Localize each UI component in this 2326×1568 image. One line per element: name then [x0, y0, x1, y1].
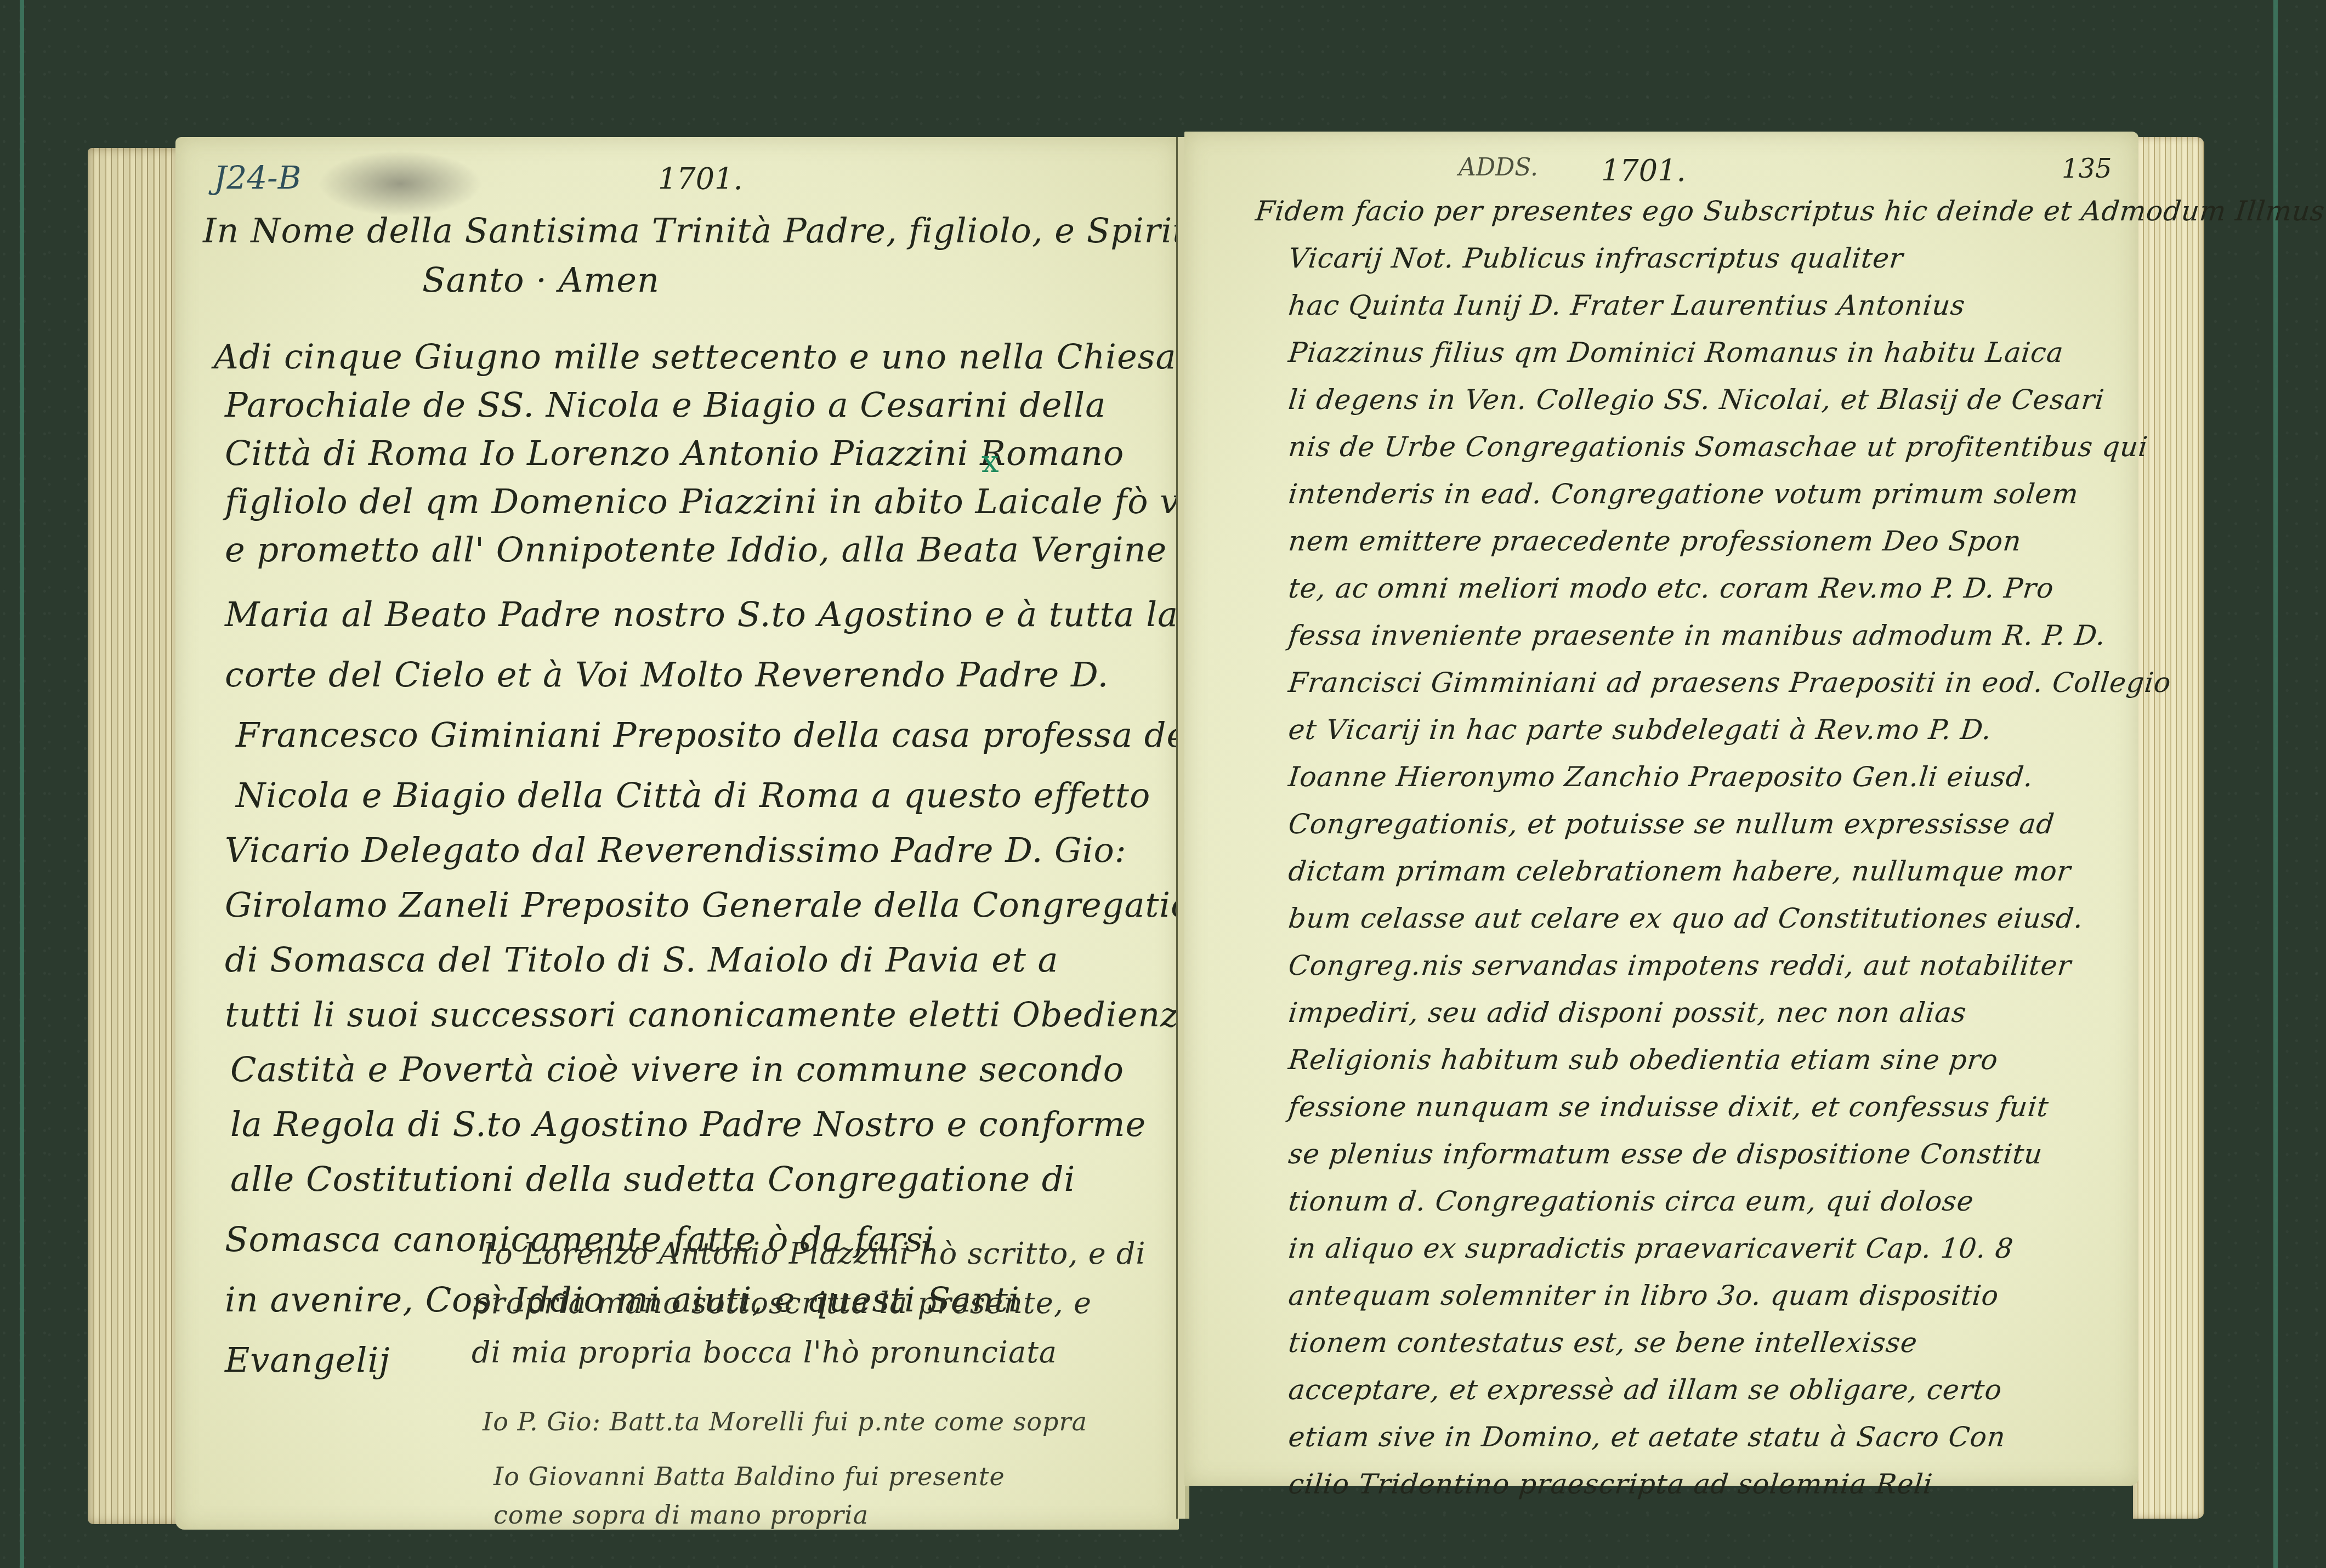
body-line: di Somasca del Titolo di S. Maiolo di Pa… [225, 943, 1059, 977]
attestation-line: etiam sive in Domino, et aetate statu à … [1287, 1423, 2007, 1451]
body-line: la Regola di S.to Agostino Padre Nostro … [230, 1107, 1146, 1141]
attestation-line: tionem contestatus est, se bene intellex… [1287, 1329, 1919, 1356]
body-line: Vicario Delegato dal Reverendissimo Padr… [225, 833, 1127, 867]
body-line: e prometto all' Onnipotente Iddio, alla … [225, 533, 1167, 567]
right-header-prefix: ADDS. [1459, 154, 1538, 181]
body-line: Castità e Povertà cioè vivere in commune… [230, 1053, 1124, 1087]
attestation-line: hac Quinta Iunij D. Frater Laurentius An… [1287, 292, 1966, 319]
folio-number: 135 [2062, 154, 2112, 184]
invocation-line: In Nome della Santisima Trinità Padre, f… [203, 214, 1207, 248]
witness-line: come sopra di mano propria [493, 1502, 869, 1527]
body-line: alle Costitutioni della sudetta Congrega… [230, 1162, 1075, 1196]
right-page: ADDS. 1701. 135 Fidem facio per presente… [1184, 132, 2138, 1486]
year-header-left: 1701. [658, 162, 743, 196]
body-line: corte del Cielo et à Voi Molto Reverendo… [225, 658, 1109, 692]
attestation-line: Religionis habitum sub obedientia etiam … [1287, 1046, 1999, 1073]
attestation-line: Piazzinus filius qm Dominici Romanus in … [1287, 339, 2065, 366]
signature-line: Io Lorenzo Antonio Piazzini hò scritto, … [483, 1239, 1146, 1269]
attestation-line: Congreg.nis servandas impotens reddi, au… [1287, 952, 2073, 979]
attestation-line: antequam solemniter in libro 3o. quam di… [1287, 1282, 2000, 1309]
signature-line: propria mano sottoscritta la presente, e [472, 1288, 1092, 1318]
body-line: Maria al Beato Padre nostro S.to Agostin… [225, 598, 1178, 632]
attestation-line: Vicarij Not. Publicus infrascriptus qual… [1287, 245, 1904, 272]
mount-frame-line-right [2273, 0, 2278, 1568]
body-line: figliolo del qm Domenico Piazzini in abi… [225, 485, 1247, 519]
attestation-line: et Vicarij in hac parte subdelegati à Re… [1287, 716, 1993, 743]
attestation-line: Fidem facio per presentes ego Subscriptu… [1254, 197, 2326, 225]
body-line: tutti li suoi successori canonicamente e… [225, 998, 1200, 1032]
attestation-line: bum celasse aut celare ex quo ad Constit… [1287, 905, 2085, 932]
green-pencil-mark: x [982, 444, 999, 480]
witness-line: Io Giovanni Batta Baldino fui presente [493, 1464, 1005, 1489]
body-line: Evangelij [225, 1343, 390, 1377]
body-line: Parochiale de SS. Nicola e Biagio a Cesa… [225, 388, 1106, 422]
ink-smudge [318, 151, 483, 217]
attestation-line: tionum d. Congregationis circa eum, qui … [1287, 1188, 1975, 1215]
attestation-line: se plenius informatum esse de dispositio… [1287, 1140, 2044, 1168]
attestation-line: Francisci Gimminiani ad praesens Praepos… [1287, 669, 2172, 696]
attestation-line: Ioanne Hieronymo Zanchio Praeposito Gen.… [1287, 763, 2034, 791]
attestation-line: fessione nunquam se induisse dixit, et c… [1287, 1093, 2050, 1121]
left-page: J24-B 1701. In Nome della Santisima Trin… [175, 137, 1179, 1530]
body-line: Girolamo Zaneli Preposito Generale della… [225, 888, 1235, 922]
witness-line: Io P. Gio: Batt.ta Morelli fui p.nte com… [483, 1409, 1087, 1434]
archive-shelfmark: J24-B [214, 159, 301, 196]
signature-line: di mia propria bocca l'hò pronunciata [472, 1338, 1057, 1367]
attestation-line: intenderis in ead. Congregatione votum p… [1287, 480, 2080, 508]
book-page-stack-left [88, 148, 181, 1524]
attestation-line: acceptare, et expressè ad illam se oblig… [1287, 1376, 2003, 1404]
attestation-line: nis de Urbe Congregationis Somaschae ut … [1287, 433, 2149, 461]
attestation-line: li degens in Ven. Collegio SS. Nicolai, … [1287, 386, 2106, 413]
book-page-stack-right [2133, 137, 2204, 1519]
body-line: Francesco Giminiani Preposito della casa… [236, 718, 1256, 752]
attestation-line: fessa inveniente praesente in manibus ad… [1287, 622, 2107, 649]
mount-frame-line-left [20, 0, 24, 1568]
year-header-right: 1701. [1601, 154, 1686, 188]
attestation-line: in aliquo ex supradictis praevaricaverit… [1287, 1235, 2015, 1262]
attestation-line: Congregationis, et potuisse se nullum ex… [1287, 810, 2056, 838]
open-manuscript-book: J24-B 1701. In Nome della Santisima Trin… [82, 132, 2210, 1535]
attestation-line: nem emittere praecedente professionem De… [1287, 527, 2023, 555]
attestation-line: impediri, seu adid disponi possit, nec n… [1287, 999, 1967, 1026]
attestation-line: cilio Tridentino praescripta ad solemnia… [1287, 1470, 1934, 1498]
invocation-line: Santo · Amen [422, 263, 660, 297]
body-line: Nicola e Biagio della Città di Roma a qu… [236, 779, 1150, 813]
attestation-line: te, ac omni meliori modo etc. coram Rev.… [1287, 575, 2055, 602]
attestation-line: dictam primam celebrationem habere, null… [1287, 857, 2072, 885]
body-line: Adi cinque Giugno mille settecento e uno… [214, 340, 1176, 374]
